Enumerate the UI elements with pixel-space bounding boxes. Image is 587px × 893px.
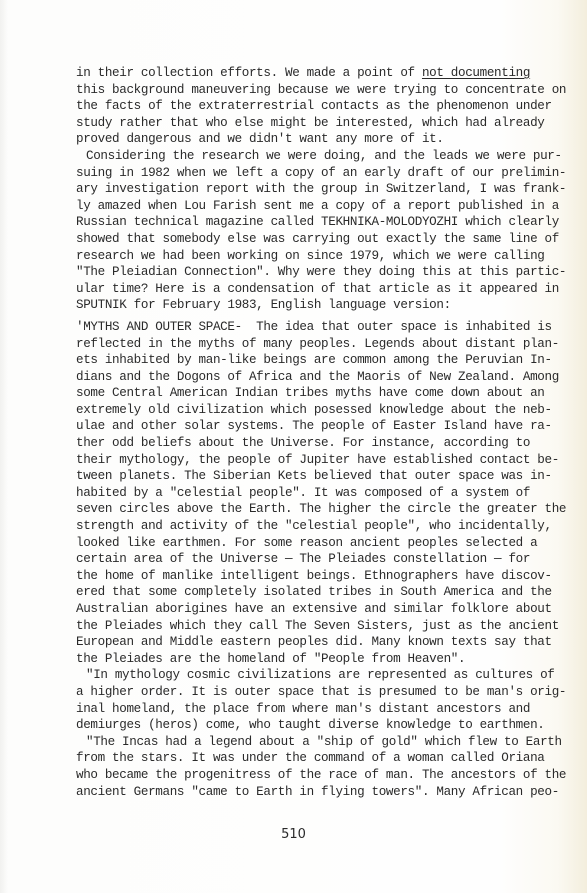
text-line: demiurges (heros) come, who taught diver… (76, 717, 528, 734)
paragraph-incas-legend: "The Incas had a legend about a "ship of… (76, 734, 528, 800)
text-line: extremely old civilization which posesse… (76, 402, 528, 419)
scan-edge-shadow (0, 0, 8, 893)
text-line: ther odd beliefs about the Universe. For… (76, 435, 528, 452)
paragraph-myths-outer-space: 'MYTHS AND OUTER SPACE- The idea that ou… (76, 319, 528, 667)
text-line: seven circles above the Earth. The highe… (76, 501, 528, 518)
text-line: strength and activity of the "celestial … (76, 518, 528, 535)
text-line: this background maneuvering because we w… (76, 82, 528, 99)
paragraph-cosmic-civilizations: "In mythology cosmic civilizations are r… (76, 667, 528, 733)
text-line: ary investigation report with the group … (76, 181, 528, 198)
text-line: ets inhabited by man-like beings are com… (76, 352, 528, 369)
body-text: in their collection efforts. We made a p… (76, 65, 528, 800)
text-line: reflected in the myths of many peoples. … (76, 336, 528, 353)
text-line: some Central American Indian tribes myth… (76, 385, 528, 402)
text-line: the home of manlike intelligent beings. … (76, 568, 528, 585)
text-line: from the stars. It was under the command… (76, 750, 528, 767)
underlined-phrase: not documenting (422, 66, 530, 80)
text-line: ered that some completely isolated tribe… (76, 584, 528, 601)
text-line: ular time? Here is a condensation of tha… (76, 281, 528, 298)
text-line: SPUTNIK for February 1983, English langu… (76, 297, 528, 314)
text-line: "In mythology cosmic civilizations are r… (76, 667, 528, 684)
text-line: the Pleiades are the homeland of "People… (76, 651, 528, 668)
text-line: their mythology, the people of Jupiter h… (76, 452, 528, 469)
text-line: ulae and other solar systems. The people… (76, 418, 528, 435)
text-line: 'MYTHS AND OUTER SPACE- The idea that ou… (76, 319, 528, 336)
text-line: ly amazed when Lou Farish sent me a copy… (76, 198, 528, 215)
text-line: dians and the Dogons of Africa and the M… (76, 369, 528, 386)
text-line: inal homeland, the place from where man'… (76, 701, 528, 718)
text-line: the facts of the extraterrestrial contac… (76, 98, 528, 115)
text-line: Russian technical magazine called TEKHNI… (76, 214, 528, 231)
paragraph-collection-efforts: in their collection efforts. We made a p… (76, 65, 528, 148)
text-line: research we had been working on since 19… (76, 248, 528, 265)
text-line: certain area of the Universe — The Pleia… (76, 551, 528, 568)
text-line: "The Pleiadian Connection". Why were the… (76, 264, 528, 281)
text-line: European and Middle eastern peoples did.… (76, 634, 528, 651)
text-line: study rather that who else might be inte… (76, 115, 528, 132)
document-page: in their collection efforts. We made a p… (0, 0, 587, 893)
text-line: the Pleiades which they call The Seven S… (76, 618, 528, 635)
text-line: looked like earthmen. For some reason an… (76, 535, 528, 552)
paragraph-research: Considering the research we were doing, … (76, 148, 528, 314)
text-line: tween planets. The Siberian Kets believe… (76, 468, 528, 485)
page-number: 510 (0, 827, 587, 842)
text-line: ancient Germans "came to Earth in flying… (76, 784, 528, 801)
text-line: a higher order. It is outer space that i… (76, 684, 528, 701)
text-line: who became the progenitress of the race … (76, 767, 528, 784)
text-line: proved dangerous and we didn't want any … (76, 131, 528, 148)
text-line: showed that somebody else was carrying o… (76, 231, 528, 248)
text-line: Considering the research we were doing, … (76, 148, 528, 165)
text-line: "The Incas had a legend about a "ship of… (76, 734, 528, 751)
text-line: habited by a "celestial people". It was … (76, 485, 528, 502)
text-line: Australian aborigines have an extensive … (76, 601, 528, 618)
text-line: in their collection efforts. We made a p… (76, 65, 528, 82)
text-line: suing in 1982 when we left a copy of an … (76, 165, 528, 182)
text-span: in their collection efforts. We made a p… (76, 66, 422, 80)
